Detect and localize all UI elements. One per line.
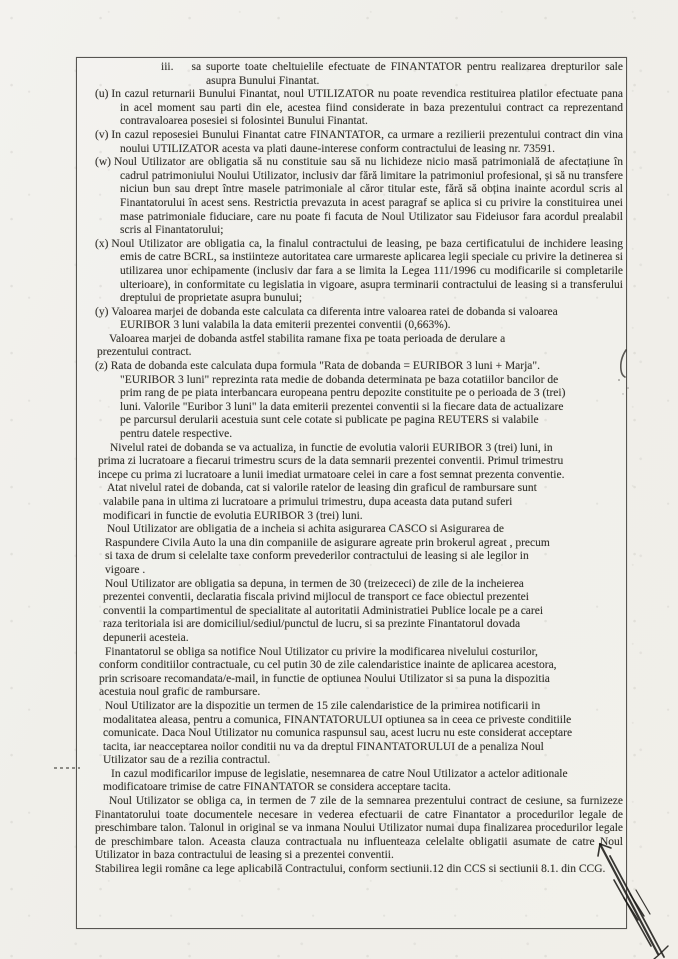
clause-text: Nivelul ratei de dobanda se va actualiza… — [98, 442, 564, 481]
clause-text: Finantatorul se obliga sa notifice Noul … — [99, 646, 557, 699]
paragraph-marja-fixa: Valoarea marjei de dobanda astfel stabil… — [95, 333, 549, 360]
clause-text: Noul Utilizator are obligatia să nu cons… — [114, 156, 623, 236]
clause-text: sa suporte toate cheltuielile efectuate … — [191, 61, 623, 87]
clause-text: Atat nivelul ratei de dobanda, cat si va… — [103, 482, 537, 521]
clause-label: (z) — [95, 360, 108, 372]
paragraph-preschimbare-talon: Noul Utilizator se obliga ca, in termen … — [95, 795, 623, 863]
clause-text: Valoarea marjei de dobanda este calculat… — [111, 306, 557, 332]
clause-text: Noul Utilizator are obligatia ca, la fin… — [111, 238, 623, 304]
clause-label: (w) — [95, 156, 111, 168]
clause-z: (z)Rata de dobanda este calculata dupa f… — [95, 360, 569, 442]
clause-label: iii. — [161, 61, 173, 73]
clause-label: (x) — [95, 238, 108, 250]
contract-text-block: iii.sa suporte toate cheltuielile efectu… — [77, 58, 626, 928]
scan-dash-artifact — [54, 767, 80, 769]
clause-label: (v) — [95, 129, 108, 141]
scanned-document-page: iii.sa suporte toate cheltuielile efectu… — [0, 0, 678, 959]
paragraph-declaratie-fiscala: Noul Utilizator are obligatia sa depuna,… — [95, 578, 555, 646]
clause-x: (x)Noul Utilizator are obligatia ca, la … — [95, 238, 623, 306]
paragraph-modificari-legislatie: In cazul modificarilor impuse de legisla… — [95, 768, 571, 795]
clause-text: Valoarea marjei de dobanda astfel stabil… — [97, 333, 505, 359]
paragraph-nivel-rata: Nivelul ratei de dobanda se va actualiza… — [95, 442, 576, 483]
clause-w: (w)Noul Utilizator are obligatia să nu c… — [95, 156, 623, 238]
paragraph-lege-aplicabila: Stabilirea legii române ca lege aplicabi… — [95, 863, 623, 877]
paragraph-rate-leasing: Atat nivelul ratei de dobanda, cat si va… — [95, 482, 563, 523]
clause-text: In cazul returnarii Bunului Finantat, no… — [111, 88, 623, 127]
clause-text: Noul Utilizator se obliga ca, in termen … — [95, 795, 623, 861]
paragraph-asigurare-casco: Noul Utilizator are obligatia de a inche… — [95, 523, 560, 577]
clause-text: In cazul reposesiei Bunului Finantat cat… — [111, 129, 623, 155]
margin-ink-mark — [612, 346, 638, 398]
paragraph-termen-15-zile: Noul Utilizator are la dispozitie un ter… — [95, 700, 573, 768]
clause-text: Rata de dobanda este calculata dupa form… — [111, 360, 566, 440]
clause-text: Noul Utilizator are obligatia sa depuna,… — [103, 578, 543, 644]
clause-u: (u)In cazul returnarii Bunului Finantat,… — [95, 88, 623, 129]
clause-text: Noul Utilizator are la dispozitie un ter… — [103, 700, 572, 766]
contract-text-frame: iii.sa suporte toate cheltuielile efectu… — [76, 57, 627, 929]
clause-label: (u) — [95, 88, 108, 100]
clause-v: (v)In cazul reposesiei Bunului Finantat … — [95, 129, 623, 156]
pen-scribble-signature — [578, 826, 678, 959]
clause-y: (y)Valoarea marjei de dobanda este calcu… — [95, 306, 569, 333]
clause-text: Stabilirea legii române ca lege aplicabi… — [95, 863, 605, 875]
clause-label: (y) — [95, 306, 108, 318]
clause-text: Noul Utilizator are obligatia de a inche… — [105, 523, 550, 576]
clause-text: In cazul modificarilor impuse de legisla… — [103, 768, 568, 794]
paragraph-notificare-costuri: Finantatorul se obliga sa notifice Noul … — [95, 646, 561, 700]
clause-iii: iii.sa suporte toate cheltuielile efectu… — [95, 61, 623, 88]
